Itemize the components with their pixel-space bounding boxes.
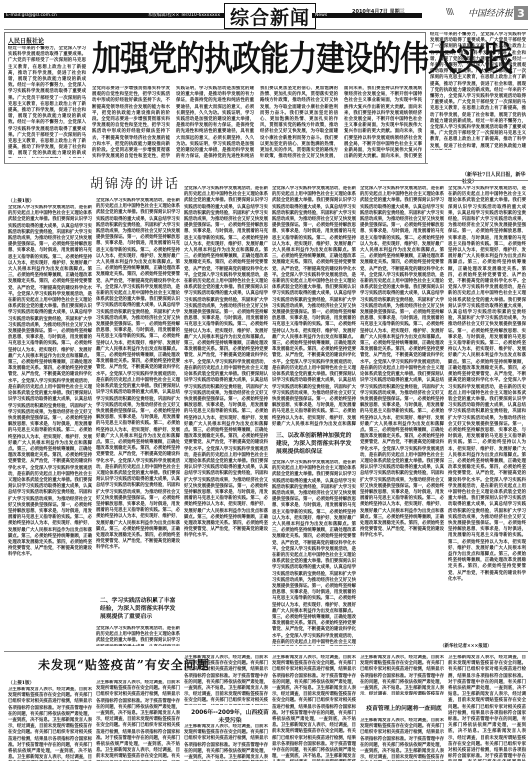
section-title: 综合新闻: [224, 3, 316, 29]
lead-kicker: 人民日报社论: [8, 36, 44, 45]
masthead-email: E-mail:gsl@gsl.com.cn: [6, 13, 57, 18]
lead-credit: （新华社7日人民日报，新华社发）: [462, 171, 530, 185]
bottom-subhead-2: 疫苗管理上的问题将一查到底: [362, 705, 446, 713]
lead-col-2: 全党同志要进一步增强贯彻落实科学发展观的自觉性和坚定性，把学习实践活动中形成的好…: [92, 86, 170, 158]
bottom-col-2: 卫生部新闻发言人表示，经过调查，目前未发现所谓贴签疫苗存在安全问题。有关部门已组…: [96, 680, 180, 761]
lead-col-5: 面向未来，我们要坚持以科学发展观统领经济社会发展全局，不断开创中国特色社会主义事…: [344, 86, 422, 158]
masthead-contact: 本版编辑/程×× Tel:010-6xxxxxxx: [148, 13, 220, 18]
lead-bottom-rule: [4, 163, 428, 164]
bottom-col-6: 卫生部新闻发言人表示，经过调查，目前未发现所谓贴签疫苗存在安全问题。有关部门已组…: [448, 655, 526, 761]
speech-col-4: 全党深入学习实践科学发展观活动，是在新的历史起点上用中国特色社会主义理论体系武装…: [272, 186, 356, 426]
paper-logo: 中国经济报: [468, 6, 513, 19]
bottom-col-5: 卫生部新闻发言人表示，经过调查，目前未发现所谓贴签疫苗存在安全问题。有关部门已组…: [360, 655, 444, 695]
page-number: 3: [514, 6, 528, 20]
bottom-col-5b: 卫生部新闻发言人表示，经过调查，目前未发现所谓贴签疫苗存在安全问题。有关部门已组…: [360, 718, 444, 761]
speech-subhead-3: 三、以改革创新精神加强党的建设，为深入贯彻落实科学发展观提供组织保证: [276, 432, 356, 456]
decorative-slashes-icon: \\\\: [446, 7, 453, 16]
lead-col-3: 实践证明，学习实践活动是加强党的建设的重大举措，是推动科学发展的有力保证，是保持…: [176, 86, 254, 158]
bottom-subhead-1: 2006年--2009年，山西疫苗未受污染: [190, 709, 270, 725]
lead-col-4: 我们要以更加坚定的信心、更加饱满的热情、更加扎实的作风，贯彻落实党的路线方针政策…: [260, 86, 338, 158]
issue-date: 2010年4月7日 星期三: [352, 8, 405, 15]
lead-col-1: 经过一年来的不懈努力，全党深入学习实践科学发展观活动取得了重要成果。广大党员干部…: [8, 46, 86, 158]
speech-col-5: 全党深入学习实践科学发展观活动，是在新的历史起点上用中国特色社会主义理论体系武装…: [360, 186, 444, 646]
speech-credit: （新华社记者×××报道）: [440, 643, 492, 649]
speech-col-3: 全党深入学习实践科学发展观活动，是在新的历史起点上用中国特色社会主义理论体系武装…: [184, 186, 268, 646]
bottom-col-3: 卫生部新闻发言人表示，经过调查，目前未发现所谓贴签疫苗存在安全问题。有关部门已组…: [184, 655, 268, 705]
bottom-col-4: 卫生部新闻发言人表示，经过调查，目前未发现所谓贴签疫苗存在安全问题。有关部门已组…: [272, 655, 356, 761]
lead-col-6: 经过一年来的不懈努力，全党深入学习实践科学发展观活动取得了重要成果。广大党员干部…: [430, 32, 526, 150]
speech-dateline: （上接1版）: [8, 198, 34, 204]
header-rule: [4, 29, 528, 30]
bottom-rule: [4, 651, 528, 652]
bottom-col-3b: 卫生部新闻发言人表示，经过调查，目前未发现所谓贴签疫苗存在安全问题。有关部门已组…: [184, 724, 268, 761]
lead-right-rule: [380, 180, 528, 181]
speech-col-2b: 全党深入学习实践科学发展观活动，是在新的历史起点上用中国特色社会主义理论体系武装…: [96, 626, 180, 646]
section-en-label: News: [315, 13, 327, 18]
speech-col-6: 全党深入学习实践科学发展观活动，是在新的历史起点上用中国特色社会主义理论体系武装…: [448, 186, 526, 646]
speech-col-2: 全党深入学习实践科学发展观活动，是在新的历史起点上用中国特色社会主义理论体系武装…: [96, 198, 180, 583]
speech-subhead-2: 二、学习实践活动积累了丰富经验，为深入贯彻落实科学发展观提供了重要启示: [100, 597, 180, 621]
bottom-dateline: （上接1版）: [8, 680, 34, 686]
speech-title: 胡锦涛的讲话: [90, 173, 180, 192]
speech-col-1: 全党深入学习实践科学发展观活动，是在新的历史起点上用中国特色社会主义理论体系武装…: [8, 205, 92, 645]
speech-col-4b: 全党深入学习实践科学发展观活动，是在新的历史起点上用中国特色社会主义理论体系武装…: [272, 460, 356, 646]
masthead-left-bar: E-mail:gsl@gsl.com.cn 本版编辑/程×× Tel:010-6…: [4, 13, 224, 18]
bottom-col-1: 卫生部新闻发言人表示，经过调查，目前未发现所谓贴签疫苗存在安全问题。有关部门已组…: [8, 687, 92, 761]
